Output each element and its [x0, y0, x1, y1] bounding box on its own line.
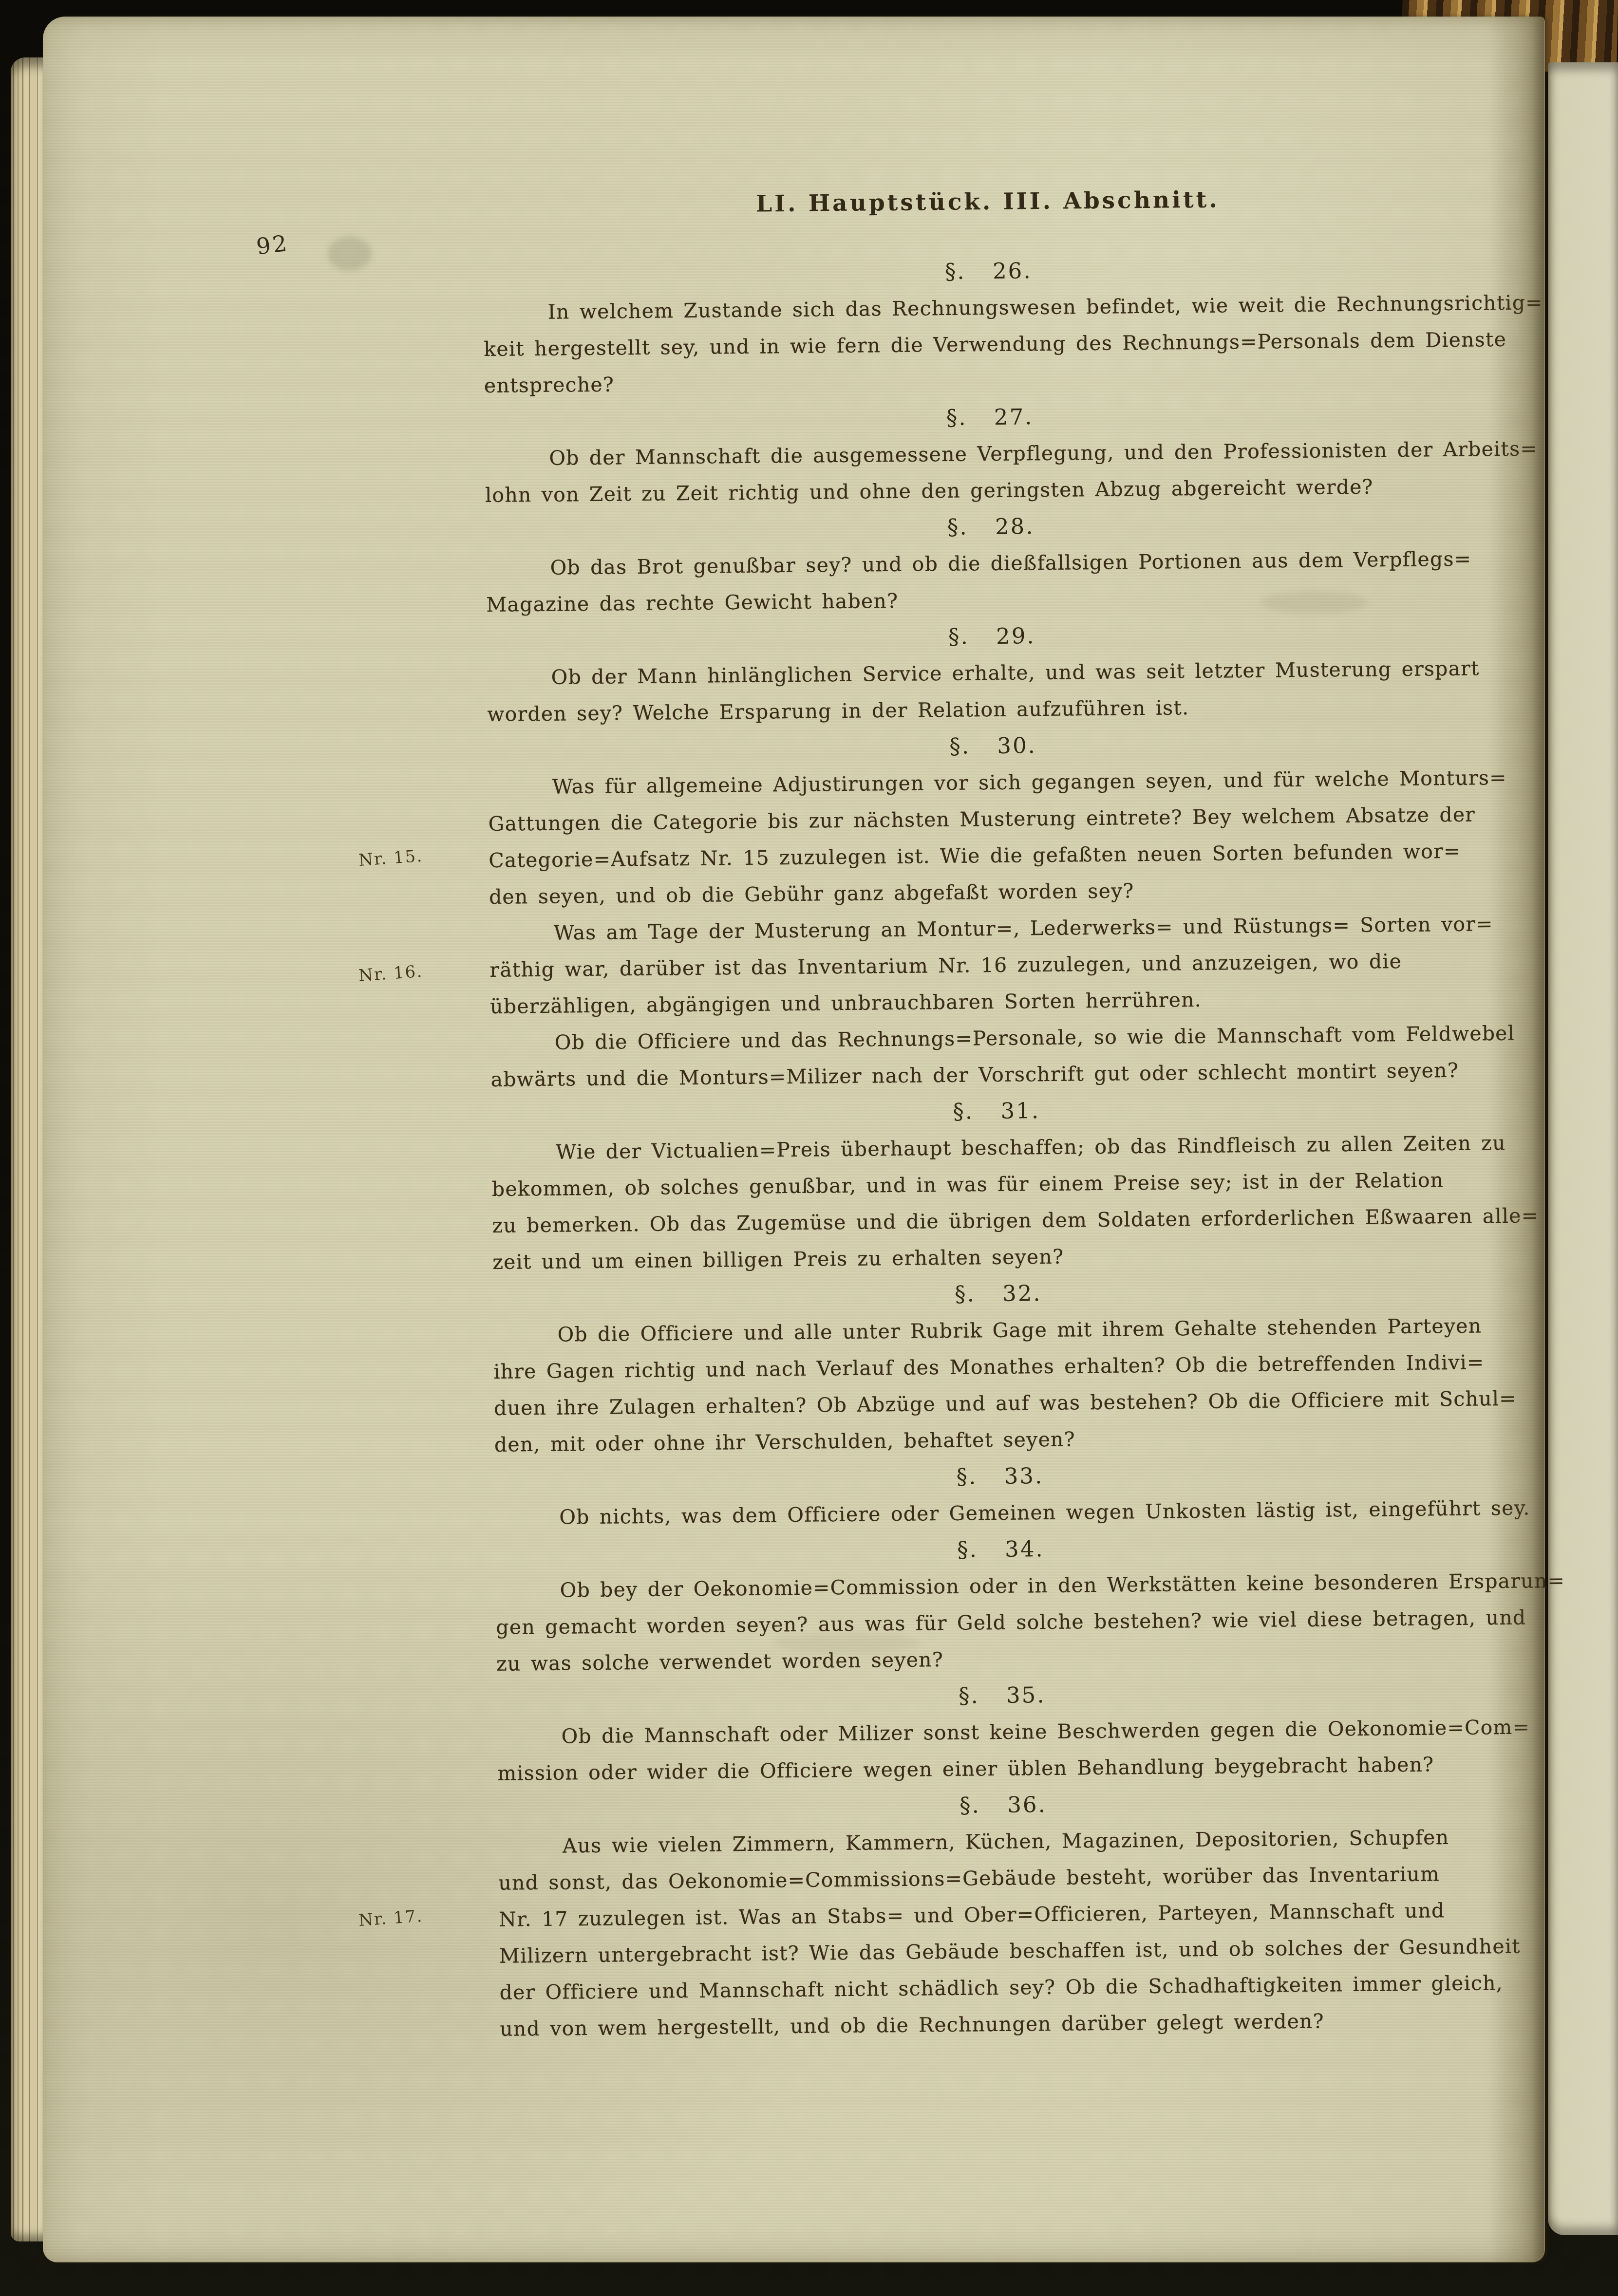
paragraph: Ob die Officiere und das Rechnungs=Perso…: [490, 1015, 1502, 1098]
paragraph: Was für allgemeine Adjustirungen vor sic…: [488, 759, 1500, 915]
margin-note: Nr. 17.: [358, 1903, 471, 1930]
paragraph: Ob bey der Oekonomie=Commission oder in …: [495, 1563, 1507, 1682]
paragraph: Ob die Officiere und alle unter Rubrik G…: [493, 1307, 1505, 1463]
paragraph: Ob das Brot genußbar sey? und ob die die…: [486, 540, 1497, 623]
paragraph: In welchem Zustande sich das Rechnungswe…: [483, 284, 1495, 404]
sections: §. 26.In welchem Zustande sich das Rechn…: [483, 248, 1510, 2047]
paragraph: Aus wie vielen Zimmern, Kammern, Küchen,…: [498, 1818, 1510, 2047]
gutter-crease: [1489, 17, 1544, 2262]
paragraph: Wie der Victualien=Preis überhaupt besch…: [491, 1124, 1504, 1280]
margin-note: Nr. 15.: [358, 843, 471, 870]
running-head: LI. Hauptstück. III. Abschnitt.: [482, 175, 1493, 228]
paragraph: Ob die Mannschaft oder Milizer sonst kei…: [497, 1709, 1508, 1792]
paragraph: Ob der Mannschaft die ausgemessene Verpf…: [485, 430, 1496, 513]
next-page-edge: [1548, 62, 1618, 2235]
page-content: LI. Hauptstück. III. Abschnitt. §. 26.In…: [482, 175, 1511, 2047]
margin-note: Nr. 16.: [358, 958, 471, 986]
paragraph: Was am Tage der Musterung an Montur=, Le…: [489, 905, 1501, 1025]
page-number: 92: [255, 224, 335, 260]
book-page: 92 Nr. 15.Nr. 16.Nr. 17. LI. Hauptstück.…: [43, 17, 1544, 2262]
book-scan-photo: 92 Nr. 15.Nr. 16.Nr. 17. LI. Hauptstück.…: [0, 0, 1618, 2296]
paragraph: Ob der Mann hinlänglichen Service erhalt…: [487, 650, 1498, 732]
